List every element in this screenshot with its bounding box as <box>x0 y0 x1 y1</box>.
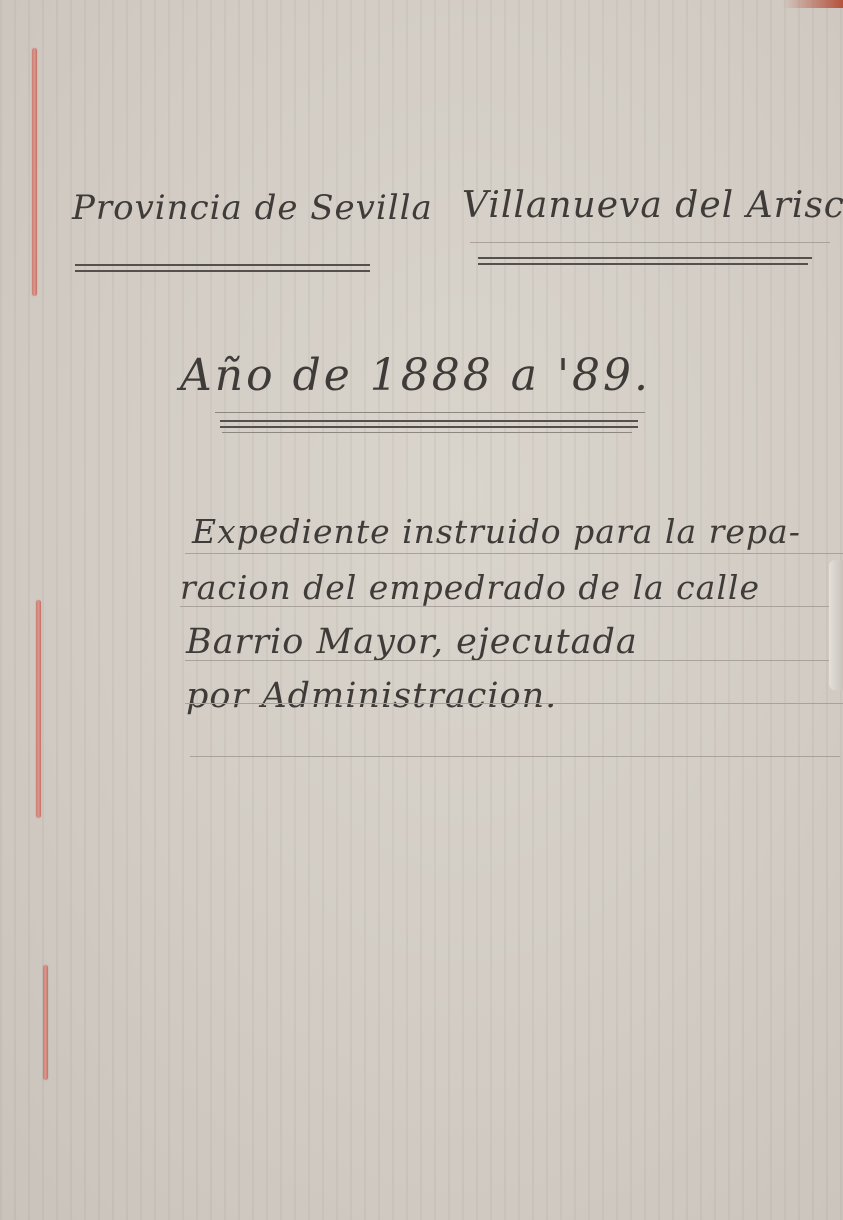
header-municipality: Villanueva del Ariscal <box>462 185 843 226</box>
year-title: Año de 1888 a '89. <box>180 350 651 401</box>
header-left-rule-1 <box>75 264 370 266</box>
year-rule-1 <box>215 412 645 413</box>
body-line-1: Expediente instruido para la repa- <box>192 512 801 551</box>
body-baseline-3 <box>185 660 843 661</box>
header-province: Provincia de Sevilla <box>72 188 433 228</box>
body-line-3: Barrio Mayor, ejecutada <box>186 622 638 662</box>
header-right-baseline <box>470 242 830 243</box>
year-rule-3 <box>220 426 638 428</box>
year-rule-4 <box>222 432 632 433</box>
binding-thread-bottom <box>43 965 48 1080</box>
paper-fold-edge <box>829 560 843 690</box>
body-line-4: por Administracion. <box>186 676 557 716</box>
body-baseline-4 <box>185 703 843 704</box>
damaged-corner <box>783 0 843 8</box>
binding-thread-middle <box>36 600 41 818</box>
header-right-rule-1 <box>478 257 812 259</box>
body-baseline-1 <box>185 553 843 554</box>
blank-ruled-line <box>190 756 840 757</box>
year-rule-2 <box>220 420 638 422</box>
binding-thread-top <box>32 48 37 296</box>
header-left-rule-2 <box>75 270 370 272</box>
body-baseline-2 <box>180 606 830 607</box>
header-right-rule-2 <box>478 263 808 265</box>
document-page: Provincia de Sevilla Villanueva del Aris… <box>0 0 843 1220</box>
body-line-2: racion del empedrado de la calle <box>180 568 760 607</box>
